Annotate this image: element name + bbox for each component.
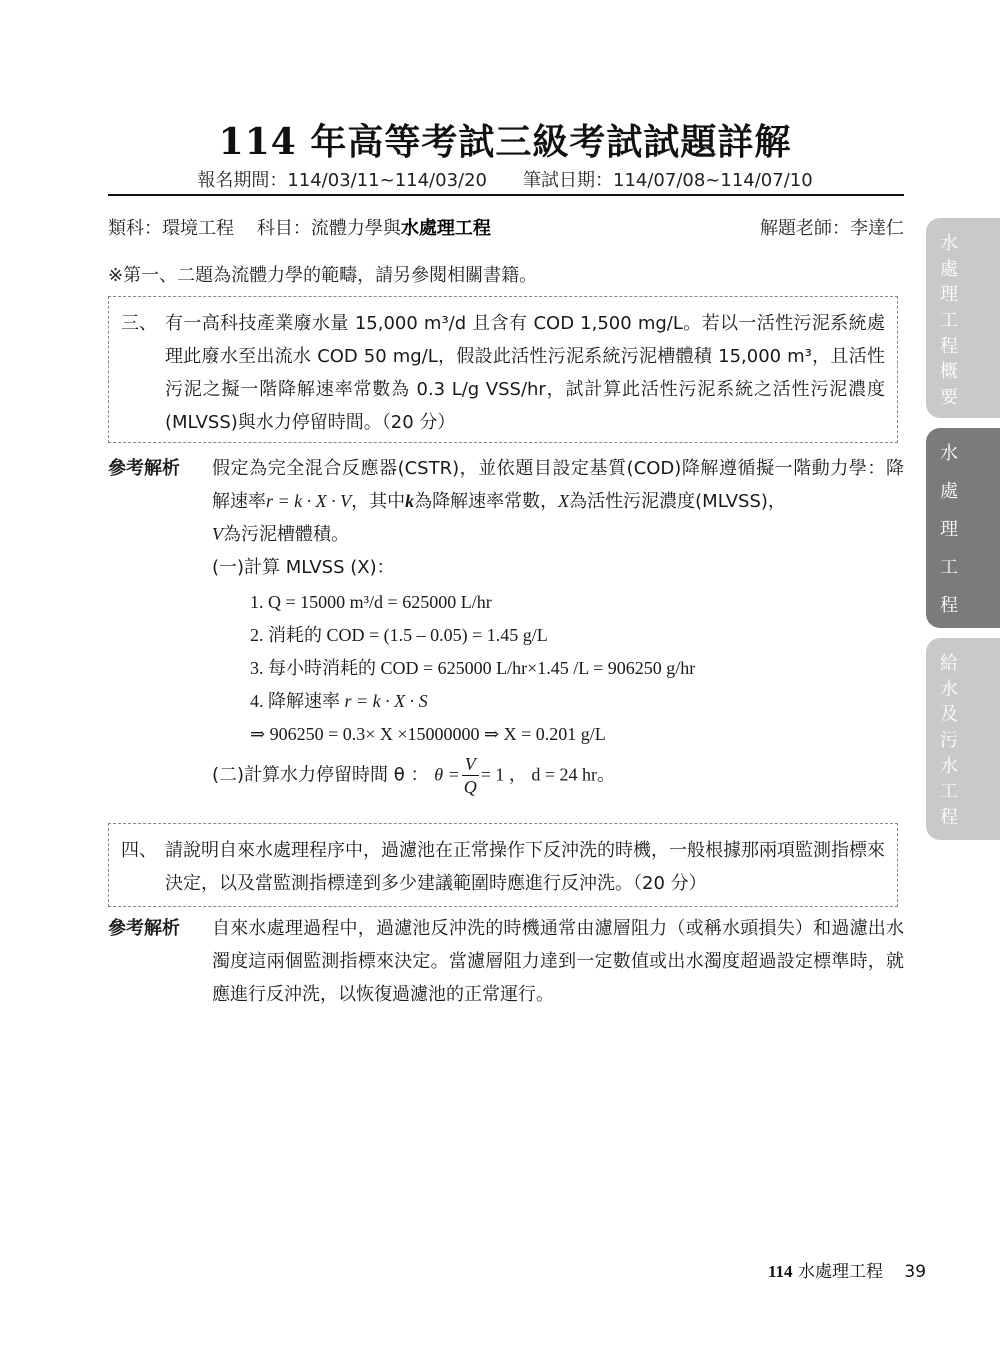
- tab-char: 水: [940, 232, 1000, 256]
- tab-char: 概: [940, 360, 1000, 384]
- step-label: 消耗的: [268, 625, 322, 646]
- category-subject: 類科：環境工程 科目：流體力學與水處理工程: [108, 214, 491, 240]
- tab-char: 處: [940, 258, 1000, 282]
- page-number: 39: [904, 1262, 926, 1282]
- answer-label: 參考解析: [108, 912, 180, 945]
- part-2: (二)計算水力停留時間 θ ： θ =VQ= 1 ， d = 24 hr。: [212, 753, 904, 798]
- tab-char: 水: [940, 678, 1000, 702]
- var-x: X: [558, 491, 569, 511]
- theta-lhs: θ =: [434, 765, 460, 785]
- intro-text: 為污泥槽體積。: [223, 524, 349, 545]
- step: 4. 降解速率 r = k · X · S: [250, 685, 904, 718]
- question-4-box: 四、 請說明自來水處理程序中，過濾池在正常操作下反沖洗的時機，一般根據那兩項監測…: [108, 823, 898, 907]
- footer-book: 水處理工程: [798, 1262, 883, 1282]
- step: 2. 消耗的 COD = (1.5 – 0.05) = 1.45 g/L: [250, 619, 904, 652]
- question-text: 有一高科技產業廢水量 15,000 m³/d 且含有 COD 1,500 mg/…: [165, 307, 885, 439]
- side-tab-overview[interactable]: 水 處 理 工 程 概 要: [926, 218, 1000, 418]
- tab-char: 及: [940, 703, 1000, 727]
- tab-char: 污: [940, 729, 1000, 753]
- calculation-steps: 1. Q = 15000 m³/d = 625000 L/hr 2. 消耗的 C…: [250, 586, 904, 751]
- step-expression: Q = 15000 m³/d = 625000 L/hr: [268, 592, 492, 612]
- registration-label: 報名期間：: [197, 170, 287, 191]
- scope-note: ※第一、二題為流體力學的範疇，請另參閱相關書籍。: [108, 261, 537, 287]
- exam-date-range: 114/07/08~114/07/10: [613, 170, 813, 191]
- page-title: 114 年高等考試三級考試試題詳解: [0, 114, 1000, 165]
- var-v: V: [212, 524, 223, 544]
- tab-char: 給: [940, 652, 1000, 676]
- tab-char: 工: [940, 780, 1000, 804]
- answer-intro: 假定為完全混合反應器(CSTR)，並依題目設定基質(COD)降解遵循擬一階動力學…: [212, 452, 904, 551]
- header-divider: [108, 194, 904, 196]
- tab-char: 理: [940, 283, 1000, 307]
- tab-char: 水: [940, 755, 1000, 779]
- side-tab-water-supply-sewage[interactable]: 給 水 及 污 水 工 程: [926, 638, 1000, 840]
- exam-dates: 報名期間：114/03/11~114/03/20筆試日期：114/07/08~1…: [0, 166, 1000, 192]
- subject-prefix: 科目：流體力學與: [257, 218, 401, 239]
- part-1-title: (一)計算 MLVSS (X)：: [212, 551, 904, 584]
- step-number: 2.: [250, 625, 264, 645]
- page-footer: 114 水處理工程 39: [768, 1257, 926, 1282]
- tab-char: 工: [940, 309, 1000, 333]
- denominator: Q: [464, 776, 477, 798]
- step-expression: COD = 625000 L/hr×1.45 /L = 906250 g/hr: [381, 658, 696, 678]
- tab-char: 工: [940, 556, 1000, 580]
- tab-char: 程: [940, 335, 1000, 359]
- step-label: 每小時消耗的: [268, 658, 376, 679]
- registration-dates: 114/03/11~114/03/20: [287, 170, 487, 191]
- numerator: V: [462, 753, 479, 776]
- tab-char: 處: [940, 480, 1000, 504]
- question-3-box: 三、 有一高科技產業廢水量 15,000 m³/d 且含有 COD 1,500 …: [108, 296, 898, 443]
- intro-text: 為降解速率常數，: [414, 491, 558, 512]
- side-tab-water-treatment-active[interactable]: 水 處 理 工 程: [926, 428, 1000, 628]
- step-number: 1.: [250, 592, 264, 612]
- fraction: VQ: [462, 753, 479, 798]
- step-result: ⇒ 906250 = 0.3× X ×15000000 ⇒ X = 0.201 …: [250, 718, 904, 751]
- exam-label: 筆試日期：: [523, 170, 613, 191]
- intro-text: 為活性污泥濃度(MLVSS)，: [569, 491, 786, 512]
- step-expression: r = k · X · S: [345, 691, 428, 711]
- question-text: 請說明自來水處理程序中，過濾池在正常操作下反沖洗的時機，一般根據那兩項監測指標來…: [165, 834, 885, 900]
- theta-rhs: = 1 ， d = 24 hr。: [481, 765, 615, 785]
- answer-text: 自來水處理過程中，過濾池反沖洗的時機通常由濾層阻力（或稱水頭損失）和過濾出水濁度…: [212, 912, 904, 1011]
- tab-char: 要: [940, 386, 1000, 410]
- tab-char: 理: [940, 518, 1000, 542]
- step-number: 3.: [250, 658, 264, 678]
- exam-meta: 類科：環境工程 科目：流體力學與水處理工程 解題老師：李達仁: [108, 214, 904, 240]
- answer-4: 參考解析 自來水處理過程中，過濾池反沖洗的時機通常由濾層阻力（或稱水頭損失）和過…: [108, 912, 904, 1011]
- step: 1. Q = 15000 m³/d = 625000 L/hr: [250, 586, 904, 619]
- question-number: 四、: [121, 834, 165, 900]
- question-number: 三、: [121, 307, 165, 439]
- category: 類科：環境工程: [108, 218, 234, 239]
- answer-3: 參考解析 假定為完全混合反應器(CSTR)，並依題目設定基質(COD)降解遵循擬…: [108, 452, 904, 798]
- rate-formula: r = k · X · V: [266, 491, 351, 511]
- step: 3. 每小時消耗的 COD = 625000 L/hr×1.45 /L = 90…: [250, 652, 904, 685]
- footer-year: 114: [768, 1262, 793, 1281]
- intro-text: ，其中: [351, 491, 405, 512]
- step-label: 降解速率: [268, 691, 340, 712]
- tab-char: 水: [940, 442, 1000, 466]
- tab-char: 程: [940, 806, 1000, 830]
- step-expression: COD = (1.5 – 0.05) = 1.45 g/L: [327, 625, 548, 645]
- part-2-title: (二)計算水力停留時間 θ ：: [212, 765, 429, 786]
- teacher: 解題老師：李達仁: [760, 214, 904, 240]
- var-k: k: [405, 491, 414, 511]
- tab-char: 程: [940, 594, 1000, 618]
- answer-label: 參考解析: [108, 452, 180, 485]
- subject-bold: 水處理工程: [401, 218, 491, 239]
- step-number: 4.: [250, 691, 264, 711]
